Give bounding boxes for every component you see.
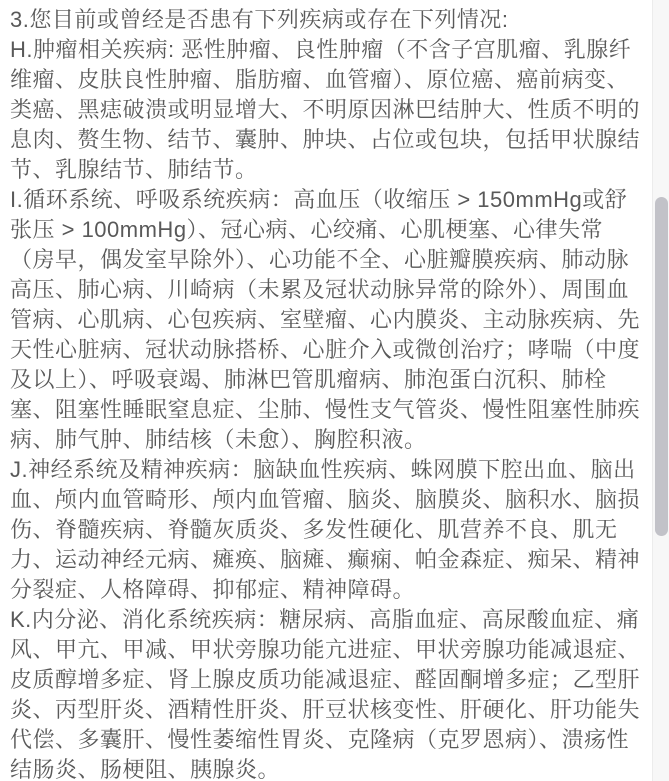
section-k-endocrine-digestive-diseases: K.内分泌、消化系统疾病：糖尿病、高脂血症、高尿酸血症、痛风、甲亢、甲减、甲状旁…	[10, 605, 647, 781]
section-h-tumor-diseases: H.肿瘤相关疾病: 恶性肿瘤、良性肿瘤（不含子宫肌瘤、乳腺纤维瘤、皮肤良性肿瘤、…	[10, 35, 647, 185]
scrollbar-thumb[interactable]	[655, 197, 668, 536]
scrollbar-track[interactable]	[652, 0, 669, 781]
question-title: 3.您目前或曾经是否患有下列疾病或存在下列情况:	[10, 5, 647, 35]
section-j-neurological-psychiatric-diseases: J.神经系统及精神疾病：脑缺血性疾病、蛛网膜下腔出血、脑出血、颅内血管畸形、颅内…	[10, 455, 647, 605]
health-question-block: 3.您目前或曾经是否患有下列疾病或存在下列情况: H.肿瘤相关疾病: 恶性肿瘤、…	[10, 5, 647, 781]
section-i-circulatory-respiratory-diseases: I.循环系统、呼吸系统疾病：高血压（收缩压 > 150mmHg或舒张压 > 10…	[10, 185, 647, 455]
